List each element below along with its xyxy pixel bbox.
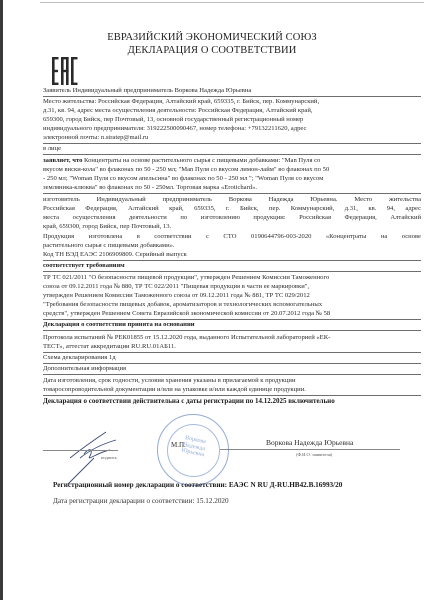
divider [43,143,421,144]
product-line: вкусом виски-кола" во флаконах по 50 - 2… [43,166,329,174]
signature-underline [43,450,118,451]
requirement-line: утвержден Решением Комиссии Таможенного … [43,292,310,300]
divider [43,193,421,194]
standard-line: Продукция изготовлена в соответствии с С… [43,233,421,241]
basis-label: Декларация о соответствии принята на осн… [43,321,195,329]
additional-line: товаросопроводительной документации и/ил… [43,386,306,394]
scan-edge-top [40,2,424,3]
declares-line: заявляет, что Концентраты на основе раст… [43,157,320,165]
signature-icon [60,428,130,486]
in-person-label: в лице [43,145,61,153]
basis-line: ТЕСТ», аттестат аккредитации RU.RU.01АБ1… [43,343,176,351]
signature-caption: подпись [101,455,117,460]
address-line: Место жительства: Российская Федерация, … [43,98,319,106]
stamp-place-label: М.П. [171,441,186,449]
standard-line: растительного сырья с пищевыми добавками… [43,242,175,250]
declaration-title: ДЕКЛАРАЦИЯ О СООТВЕТСТВИИ [0,45,424,56]
product-line: земляника-клюква" во флаконах по 50 - 25… [43,184,257,192]
signer-underline [220,449,400,450]
scan-edge-left [0,0,3,600]
applicant-line: Заявитель Индивидуальный предприниматель… [43,87,251,95]
basis-line: Протокола испытаний № РЕК01855 от 15.12.… [43,334,330,342]
address-line: индивидуального предпринимателя: 3192225… [43,125,306,133]
product-line: - 250 мл; "Woman Пуля со вкусом апельсин… [43,175,323,183]
divider [43,352,421,353]
additional-label: Дополнительная информация [43,365,126,373]
complies-label: соответствует требованиям [43,262,125,270]
divider [43,154,421,155]
address-line: д.31, кв. 94, адрес места осуществления … [43,107,313,115]
eac-mark-icon [52,57,78,85]
divider [43,271,421,272]
divider [43,319,421,320]
divider [43,330,421,331]
manufacturer-line: край, 659300, город Бийск, пер Почтовый,… [43,223,171,231]
signer-name: Воркова Надежда Юрьевна [266,438,353,447]
divider [43,96,421,97]
seal-stamp: Воркова Надежда Юрьевна [157,414,229,486]
manufacturer-line: места осуществления деятельности по изго… [43,214,421,222]
requirement-line: средств", утвержден Решением Совета Евра… [43,310,330,318]
additional-line: Дата изготовления, срок годности, услови… [43,377,295,385]
union-title: ЕВРАЗИЙСКИЙ ЭКОНОМИЧЕСКИЙ СОЮЗ [0,32,424,43]
signer-caption: (Ф.И.О. заявителя) [296,452,332,457]
tn-ved-line: Код ТН ВЭД ЕАЭС 2106909809. Серийный вып… [43,251,187,259]
registration-date: Дата регистрации декларации о соответств… [53,497,229,505]
manufacturer-line: Российская Федерация, Алтайский край, 65… [43,205,421,213]
requirement-line: ТР ТС 021/2011 "О безопасности пищевой п… [43,274,329,282]
registration-number: Регистрационный номер декларации о соотв… [53,481,342,489]
requirement-line: союза от 09.12.2011 года № 880, ТР ТС 02… [43,283,309,291]
declares-label: заявляет, что [43,157,82,164]
divider [43,260,421,261]
validity-line: Декларация о соответствии действительна … [43,397,335,405]
divider [43,374,421,375]
email-line: электронной почты: n.stratep@mail.ru [43,134,148,142]
manufacturer-line: изготовитель Индивидуальный предпринимат… [43,196,421,204]
address-line: 659300, город Бийск, пер Почтовый, 13, о… [43,116,303,124]
divider [43,363,421,364]
product-text: Концентраты на основе растительного сырь… [82,157,320,164]
requirement-line: "Требования безопасности пищевых добавок… [43,301,322,309]
divider [43,395,421,396]
scheme-line: Схема декларирования 1д [43,354,116,362]
